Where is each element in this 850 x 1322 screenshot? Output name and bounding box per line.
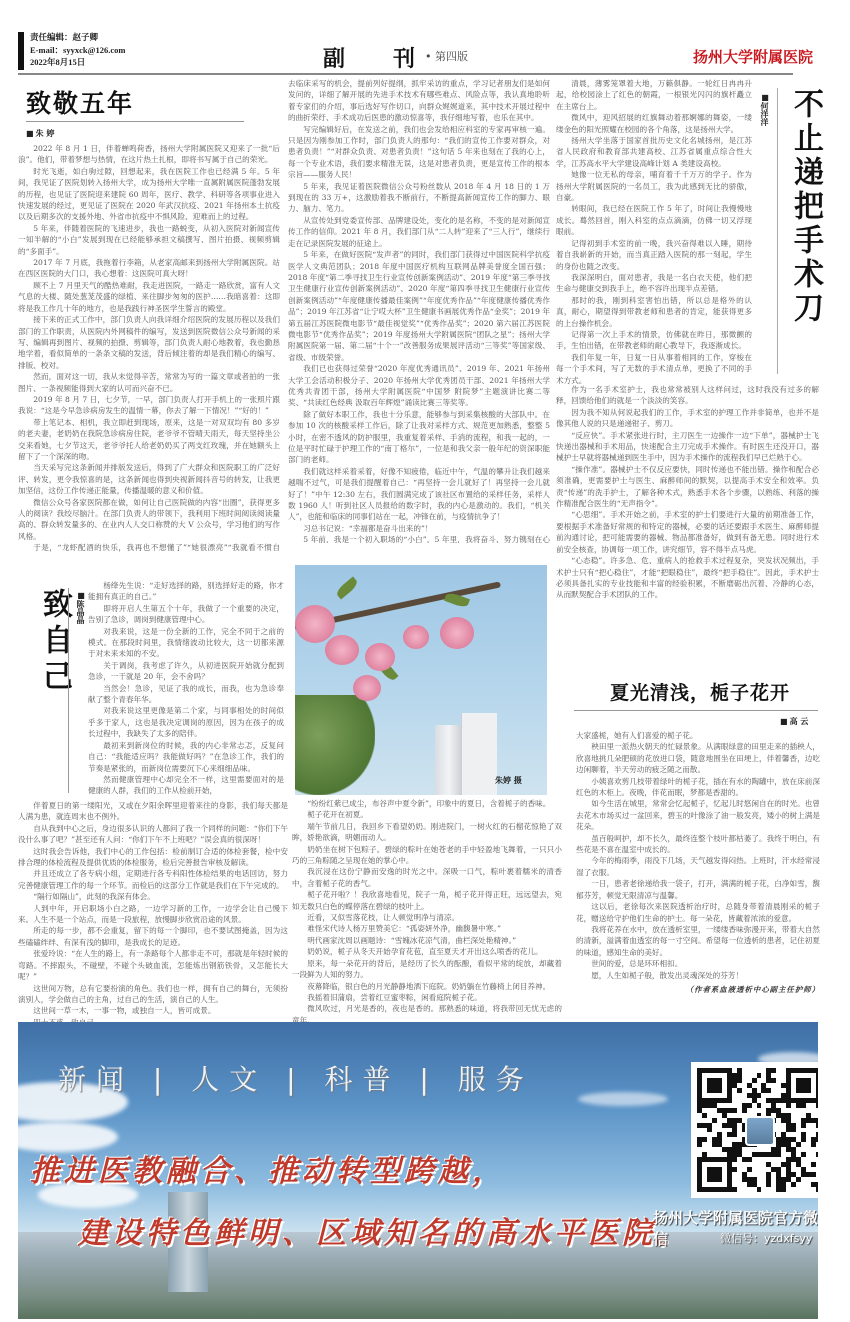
paragraph: 我们就这样采着采着，好像不知疲倦，临近中午，气温的攀升让我们越来越喘不过气，可是… xyxy=(288,466,550,523)
photo-blossom xyxy=(353,675,381,701)
author-byline: ■陈晶晶 xyxy=(76,590,87,624)
photo-blossom xyxy=(295,605,335,643)
paragraph: 去临床采写的机会，提前列好提纲，抓牢采访的重点，学习记者朋友们是如何发问的，详细… xyxy=(288,78,550,124)
paragraph: 杨绛先生说：“走好选择的路，别选择好走的路，你才能拥有真正的自己。” xyxy=(88,580,284,603)
editor-line: 责任编辑：赵子卿 xyxy=(30,31,126,44)
paragraph: 一日，患者老徐递给我一袋子，打开，满满的栀子花，白净如雪，馥郁芬芳，顿觉无限清凉… xyxy=(576,878,820,901)
article-column-narrow: 杨绛先生说：“走好选择的路，别选择好走的路，你才能拥有真正的自己。” 即将开启人… xyxy=(88,580,284,798)
cherry-blossom-photo: 朱婷 摄 xyxy=(295,565,547,795)
article-title: 不止递把手术刀 xyxy=(783,88,827,326)
paragraph: 微风中，迎风招展的红旗舞动着那婀娜的舞姿，一缕缕金色的阳光照耀在校园的各个角落，… xyxy=(556,112,752,135)
paragraph: 从宣传处到党委宣传部、品牌建设处，变化的是名称，不变的是对新闻宣传工作的信仰。2… xyxy=(288,215,550,249)
paragraph: 这世间万物，总有它要扮演的角色。我们也一样，拥有自己的舞台，无须扮演别人，学会做… xyxy=(18,983,288,1006)
title-divider xyxy=(68,588,69,793)
author-byline: 高 云 xyxy=(780,716,808,727)
paragraph: 明代画家沈周以画题诗：“雪魄冰花凉气清，曲栏深处艳精神。” xyxy=(292,935,562,946)
author-byline: ■何洋洋 xyxy=(760,92,771,126)
paragraph: 对我来说，这是一份全新的工作，完全不同于之前的模式。在那段时间里，我情绪波动比较… xyxy=(88,626,284,660)
photo-blossom xyxy=(403,625,429,649)
photo-blossom xyxy=(325,635,359,665)
article-column-2: 去临床采写的机会，提前列好提纲，抓牢采访的重点，学习记者朋友们是如何发问的，详细… xyxy=(288,78,550,543)
banner-nav-text: 新闻 | 人文 | 科普 | 服务 xyxy=(58,1058,534,1098)
paragraph: 奶奶说，栀子从冬天开始孕育花苞，直至夏天才开出这么喷香的花儿。 xyxy=(292,946,562,957)
paragraph: “纷纷红紫已成尘，布谷声中夏令新”，印象中的夏日，含着栀子的香味。 xyxy=(292,798,562,809)
article-title: 夏光清浅，栀子花开 xyxy=(610,678,790,705)
author-name: 何洋洋 xyxy=(760,102,770,126)
article-column-narrow: 清晨，薄雾笼罩着大地，万籁俱静。一轮红日冉冉升起，给校园涂上了红色的朝霞，一根银… xyxy=(556,78,752,384)
date-line: 2022年8月15日 xyxy=(30,56,126,69)
paragraph: 我沉浸在这份宁静而安逸的时光之中。深吸一口气，粽叶裹着糯米的清香中，含着栀子花的… xyxy=(292,866,562,889)
paragraph: 微信公众号各家医院都在做，如何让自己医院做的内容“出圈”，获得更多人的阅读？我绞… xyxy=(18,497,280,543)
paragraph: 原来，每一朵花开的背后，是经历了长久的酝酿，看似平常的绽放，却藏着一段鲜为人知的… xyxy=(292,958,562,981)
paragraph: 因为我不知从何说起我们的工作，手术室的护理工作并非简单，也并不是像其他人说的只是… xyxy=(556,407,819,430)
title-divider xyxy=(26,121,244,122)
paragraph: 愿，人生如栀子般，散发出灵魂深处的芬芳！ xyxy=(576,970,820,981)
paragraph: 这时我会告诉他，我们中心的工作包括：检前制订合适的体检套餐，检中安排合理的体检流… xyxy=(18,846,288,869)
photo-tree xyxy=(295,695,375,795)
paragraph: 难怪宋代诗人杨万里赞美它：“孤姿妍外净，幽馥暑中寒。” xyxy=(292,923,562,934)
paragraph: 记得初到手术室的前一晚，我兴奋得难以入睡，期待着自我崭新的开始，而当真正踏入医院… xyxy=(556,238,752,272)
paragraph: 自从我到中心之后，身边很多认识的人都问了我一个同样的问题：“你们下午没什么事了吧… xyxy=(18,823,288,846)
photo-leaf xyxy=(335,576,360,599)
paragraph: 所走的每一步，都不会重复，留下的每一个脚印，也不要试图掩盖，因为这些磕磕绊绊、有… xyxy=(18,925,288,948)
paragraph: 扬州大学坐落于国家首批历史文化名城扬州，是江苏省人民政府和教育部共建高校、江苏省… xyxy=(556,135,752,169)
article-title: 致自己 xyxy=(32,588,76,696)
author-note: （作者系血液透析中心副主任护师） xyxy=(576,984,820,995)
paragraph: 2019 年 8 月 7 日，七夕节，一早，部门负责人打开手机上的一张照片跟我说… xyxy=(18,394,280,417)
paragraph: 端午节前几日，我回乡下看望奶奶。刚进院门，一树火红的石榴花惊艳了双眸，娇艳欲滴，… xyxy=(292,821,562,844)
paragraph: 人到中年，开启职场小白之路，一边学习新的工作，一边学会让自己慢下来。人生不是一个… xyxy=(18,903,288,926)
qr-center-logo xyxy=(745,1116,775,1146)
article-column-2: 大家盛栀，她有人们喜爱的栀子花。 秧田里一派热火朝天的忙碌景象。从满眼绿意的田里… xyxy=(576,730,820,1030)
paragraph: 大家盛栀，她有人们喜爱的栀子花。 xyxy=(576,730,820,741)
masthead-info: 责任编辑：赵子卿 E-mail：syyxck@126.com 2022年8月15… xyxy=(30,31,126,69)
paragraph: 顾不上 7 月里天气的酷热难耐，我走进医院，一路走一路欣赏，富有人文气息的大楼、… xyxy=(18,280,280,314)
photo-building xyxy=(461,713,497,795)
paragraph: 近看，又似雪落花枝，让人顿觉明净与清凉。 xyxy=(292,912,562,923)
paragraph: 于是，“龙虾配酒的快乐，我再也不想懂了”“她很漂亮”“我就看不惯自己‘喝水都长肉… xyxy=(18,542,280,553)
paragraph: 对我来说这里更像是第二个家，与同事相处的时间似乎多于家人，这也是我决定调岗的原因… xyxy=(88,705,284,739)
paragraph: 5 年来，伴随着医院的飞速进步，我也一路蜕变，从初入医院对新闻宣传一知半解的“小… xyxy=(18,223,280,257)
email-line: E-mail：syyxck@126.com xyxy=(30,44,126,57)
paragraph: 作为一名手术室护士，我也常常被别人这样问过，这时我没有过多的解释，回馈给他们的就… xyxy=(556,384,819,407)
paragraph: 我们年复一年，日复一日从事着相同的工作，穿梭在每一个手术间，写了无数的手术清点单… xyxy=(556,352,752,384)
masthead-divider xyxy=(18,73,793,75)
title-divider xyxy=(777,88,778,374)
paragraph: 除了做好本职工作，我也十分乐意，能够参与到采集核酸的大部队中。在参加 10 次的… xyxy=(288,409,550,466)
wechat-id-label: 微信号：yzdxfsyy xyxy=(720,1230,812,1246)
author-byline: 朱 婷 xyxy=(26,128,54,139)
paragraph: 然而，面对这一切，我从未觉得辛苦，常常为写的一篇文章或者拍的一张图片、一条视频能… xyxy=(18,371,280,394)
paragraph: 她像一位无私的母亲，哺育着千千万万的学子。作为扬州大学附属医院的一名员工，我为此… xyxy=(556,169,752,203)
paragraph: 带上笔记本、相机，我立即赶到现场，原来，这是一对双双均有 80 多岁的老夫妻，老… xyxy=(18,417,280,463)
title-divider xyxy=(574,710,818,711)
paragraph: 秧田里一派热火朝天的忙碌景象。从满眼绿意的田里走来的插秧人，欣喜地挑几朵肥硕的花… xyxy=(576,741,820,775)
paragraph: 清晨，薄雾笼罩着大地，万籁俱静。一轮红日冉冉升起，给校园涂上了红色的朝霞，一根银… xyxy=(556,78,752,112)
author-name: 陈晶晶 xyxy=(76,600,86,624)
paragraph: 5 年前，我是一个初入职场的“小白”，5 年里，我将奋斗、努力镌刻在心中，不断探… xyxy=(288,534,550,543)
article-title: 致敬五年 xyxy=(26,84,134,120)
photo-blossom xyxy=(365,643,395,671)
paragraph: 接下来的正式工作中，部门负责人向我详细介绍医院的发展历程以及我们部门的工作职责，… xyxy=(18,314,280,371)
banner-slogan-line1: 推进医教融合、推动转型跨越， xyxy=(30,1146,506,1190)
masthead: 责任编辑：赵子卿 E-mail：syyxck@126.com 2022年8月15… xyxy=(0,0,850,80)
paragraph: 关于调岗，我考虑了许久，从初进医院开始就分配到急诊，一干就是 20 年，会不舍吗… xyxy=(88,660,284,683)
photo-building xyxy=(435,725,463,795)
paragraph: 这以后，老徐每次来医院透析治疗时，总随身带着清晨刚采的栀子花，赠送给守护他们生命… xyxy=(576,901,820,924)
paragraph: 然而健康管理中心却完全不一样，这里需要面对的是健康的人群，我们的工作从检前开始， xyxy=(88,774,284,797)
paragraph: 如今生活在城里，常常会忆起栀子，忆起儿时悠闲自在的时光。也曾去花木市场买过一盆回… xyxy=(576,798,820,832)
paragraph: 这世间一草一木，一事一物，或独自一人，皆可成景。 xyxy=(18,1005,288,1016)
paragraph: 夜幕降临，银白色的月光静静地洒下庭院。奶奶躺在竹藤椅上闭目养神。 xyxy=(292,981,562,992)
paragraph: 有一种职业，没有经历过就不知道它的艰辛；有一种艰辛，没有体会过就不知道它的快乐；… xyxy=(556,601,819,602)
paragraph: 我摇着旧蒲扇，尝着红豆蜜枣粽，闲看庭院栀子花。 xyxy=(292,992,562,1003)
photo-blossom xyxy=(440,617,474,649)
cloud xyxy=(578,1092,668,1106)
paragraph: “反应快”。手术紧张进行时，主刀医生一边操作一边“下单”，器械护士飞快递出器械和… xyxy=(556,430,819,464)
paragraph: 写完编辑好后，在发送之前，我们也会发给相应科室的专家再审核一遍。只是因为刚参加工… xyxy=(288,124,550,181)
paragraph: 奶奶坐在树下包粽子。碧绿的粽叶在她苍老的手中轻盈地飞舞着，一只只小巧的三角粽随之… xyxy=(292,844,562,867)
paragraph: 5 年来，我见证着医院微信公众号粉丝数从 2018 年 4 月 18 日的 1 … xyxy=(288,181,550,215)
article-column-wide: 作为一名手术室护士，我也常常被别人这样问过，这时我没有过多的解释，回馈给他们的就… xyxy=(556,384,819,602)
paragraph: 当天采写完这条新闻并排版发送后，得到了广大群众和医院职工的广泛好评、转发，更令我… xyxy=(18,462,280,496)
paragraph: “心态稳”。许多急、危、重病人的抢救手术过程复杂，突发状况频出，手术护士只有“把… xyxy=(556,555,819,601)
paragraph: 5 年来，在做好医院“发声者”的同时，我们部门获得过中国医院科学抗疫医学人文典范… xyxy=(288,249,550,363)
paragraph: 我们已也获得过荣誉“2020 年度优秀通讯员”、2019 年、2021 年扬州大… xyxy=(288,363,550,409)
paragraph: 我将花养在水中，放在透析室里，一缕缕香味弥漫开来，带着大自然的清新，溢满着血透室… xyxy=(576,924,820,958)
paragraph: 那时的我，刚到科室害怕出错，所以总是格外的认真，耐心，期望得到带教老师和患者的肯… xyxy=(556,295,752,329)
paragraph: 转眼间，我已经在医院工作 5 年了，时间让我慢慢地成长。蓦然回首，刚入科室的点点… xyxy=(556,203,752,237)
paragraph: 并且还成立了各专病小组，定期进行各专科阳性体检结果的电话回访，努力完善健康管理工… xyxy=(18,868,288,891)
paragraph: 习总书记说：“幸福都是奋斗出来的”！ xyxy=(288,523,550,534)
edition-label: • 第四版 xyxy=(425,48,468,64)
paragraph: 小姨喜欢剪几枝带着绿叶的栀子花，插在有水的陶罐中，放在床前深红色的木柜上。夜晚，… xyxy=(576,776,820,799)
paragraph: 栀子花开啦？！我欣喜地看见，院子一角，栀子花开得正旺，远远望去，宛如无数只白色的… xyxy=(292,889,562,912)
paragraph: 即将开启人生第五个十年，我做了一个重要的决定，告别了急诊，调岗到健康管理中心。 xyxy=(88,603,284,626)
article-column-1: “纷纷红紫已成尘，布谷声中夏令新”，印象中的夏日，含着栀子的香味。 栀子花开在初… xyxy=(292,798,562,1030)
wechat-qr-code[interactable] xyxy=(691,1062,818,1198)
paragraph: 今年的梅雨季，雨没下几场，天气越发得闷热。上班时，汗水经常浸湿了衣服。 xyxy=(576,855,820,878)
masthead-bar xyxy=(18,32,24,70)
paragraph: “心思细”。手术开始之前，手术室的护士们要进行大量的前期准备工作，要根据手术准备… xyxy=(556,509,819,555)
paragraph: “操作准”。器械护士不仅反应要快，同时传递也不能出错。操作和配合必须准确，更需要… xyxy=(556,464,819,510)
hospital-banner-ad: 新闻 | 人文 | 科普 | 服务 推进医教融合、推动转型跨越， 建设特色鲜明、… xyxy=(18,1022,818,1319)
article-column-wide: 伴着夏日的第一缕阳光，又或在夕阳余晖里迎着来往的身影，我们每天都是人满为患，就连… xyxy=(18,800,288,1030)
paragraph: 2017 年 7 月底，我拖着行李箱，从老家高邮来到扬州大学附属医院。站在西区医… xyxy=(18,257,280,280)
banner-slogan-line2: 建设特色鲜明、区域知名的高水平医院。 xyxy=(78,1208,690,1252)
paragraph: 记得第一次上手术的情景，仿佛就在昨日，那微颤的手，生怕出错，在带教老师的耐心教导… xyxy=(556,329,752,352)
paragraph: 2022 年 8 月 1 日，伴着蝉鸣荷香，扬州大学附属医院又迎来了一批“后浪”… xyxy=(18,143,280,166)
paragraph: 虽百般呵护，却不长久，最终连整个枝叶都枯萎了。我终于明白，有些花是不喜在温室中成… xyxy=(576,833,820,856)
paragraph: 当然会！急诊，见证了我的成长，而我，也为急诊奉献了整个青春年华。 xyxy=(88,683,284,706)
paragraph: 时光飞逝，如白驹过隙，回想起来，我在医院工作也已经满 5 年。5 年间，我见证了… xyxy=(18,166,280,223)
paragraph: 我深深明白，面对患者，我是一名白衣天使，他们把生命与健康交到我手上，绝不容许出现… xyxy=(556,272,752,295)
paragraph: 世间的爱，总是环环相扣。 xyxy=(576,958,820,969)
paragraph: 伴着夏日的第一缕阳光，又或在夕阳余晖里迎着来往的身影，我们每天都是人满为患，就连… xyxy=(18,800,288,823)
paragraph: 最初来到新岗位的时候，我的内心非常忐忑，反复问自己：“我能适应吗？我能做好吗？”… xyxy=(88,740,284,774)
paragraph: 张爱玲说：“在人生的路上，有一条路每个人都非走不可，那就是年轻时候的弯路。不摔跟… xyxy=(18,948,288,982)
photo-credit: 朱婷 摄 xyxy=(495,775,522,786)
article-column-1: 2022 年 8 月 1 日，伴着蝉鸣荷香，扬州大学附属医院又迎来了一批“后浪”… xyxy=(18,143,280,553)
hospital-logo: 扬州大学附属医院 xyxy=(693,46,813,67)
paragraph: “隔行如隔山”，此刻的我深有体会。 xyxy=(18,891,288,902)
paragraph: 栀子花开在初夏。 xyxy=(292,809,562,820)
